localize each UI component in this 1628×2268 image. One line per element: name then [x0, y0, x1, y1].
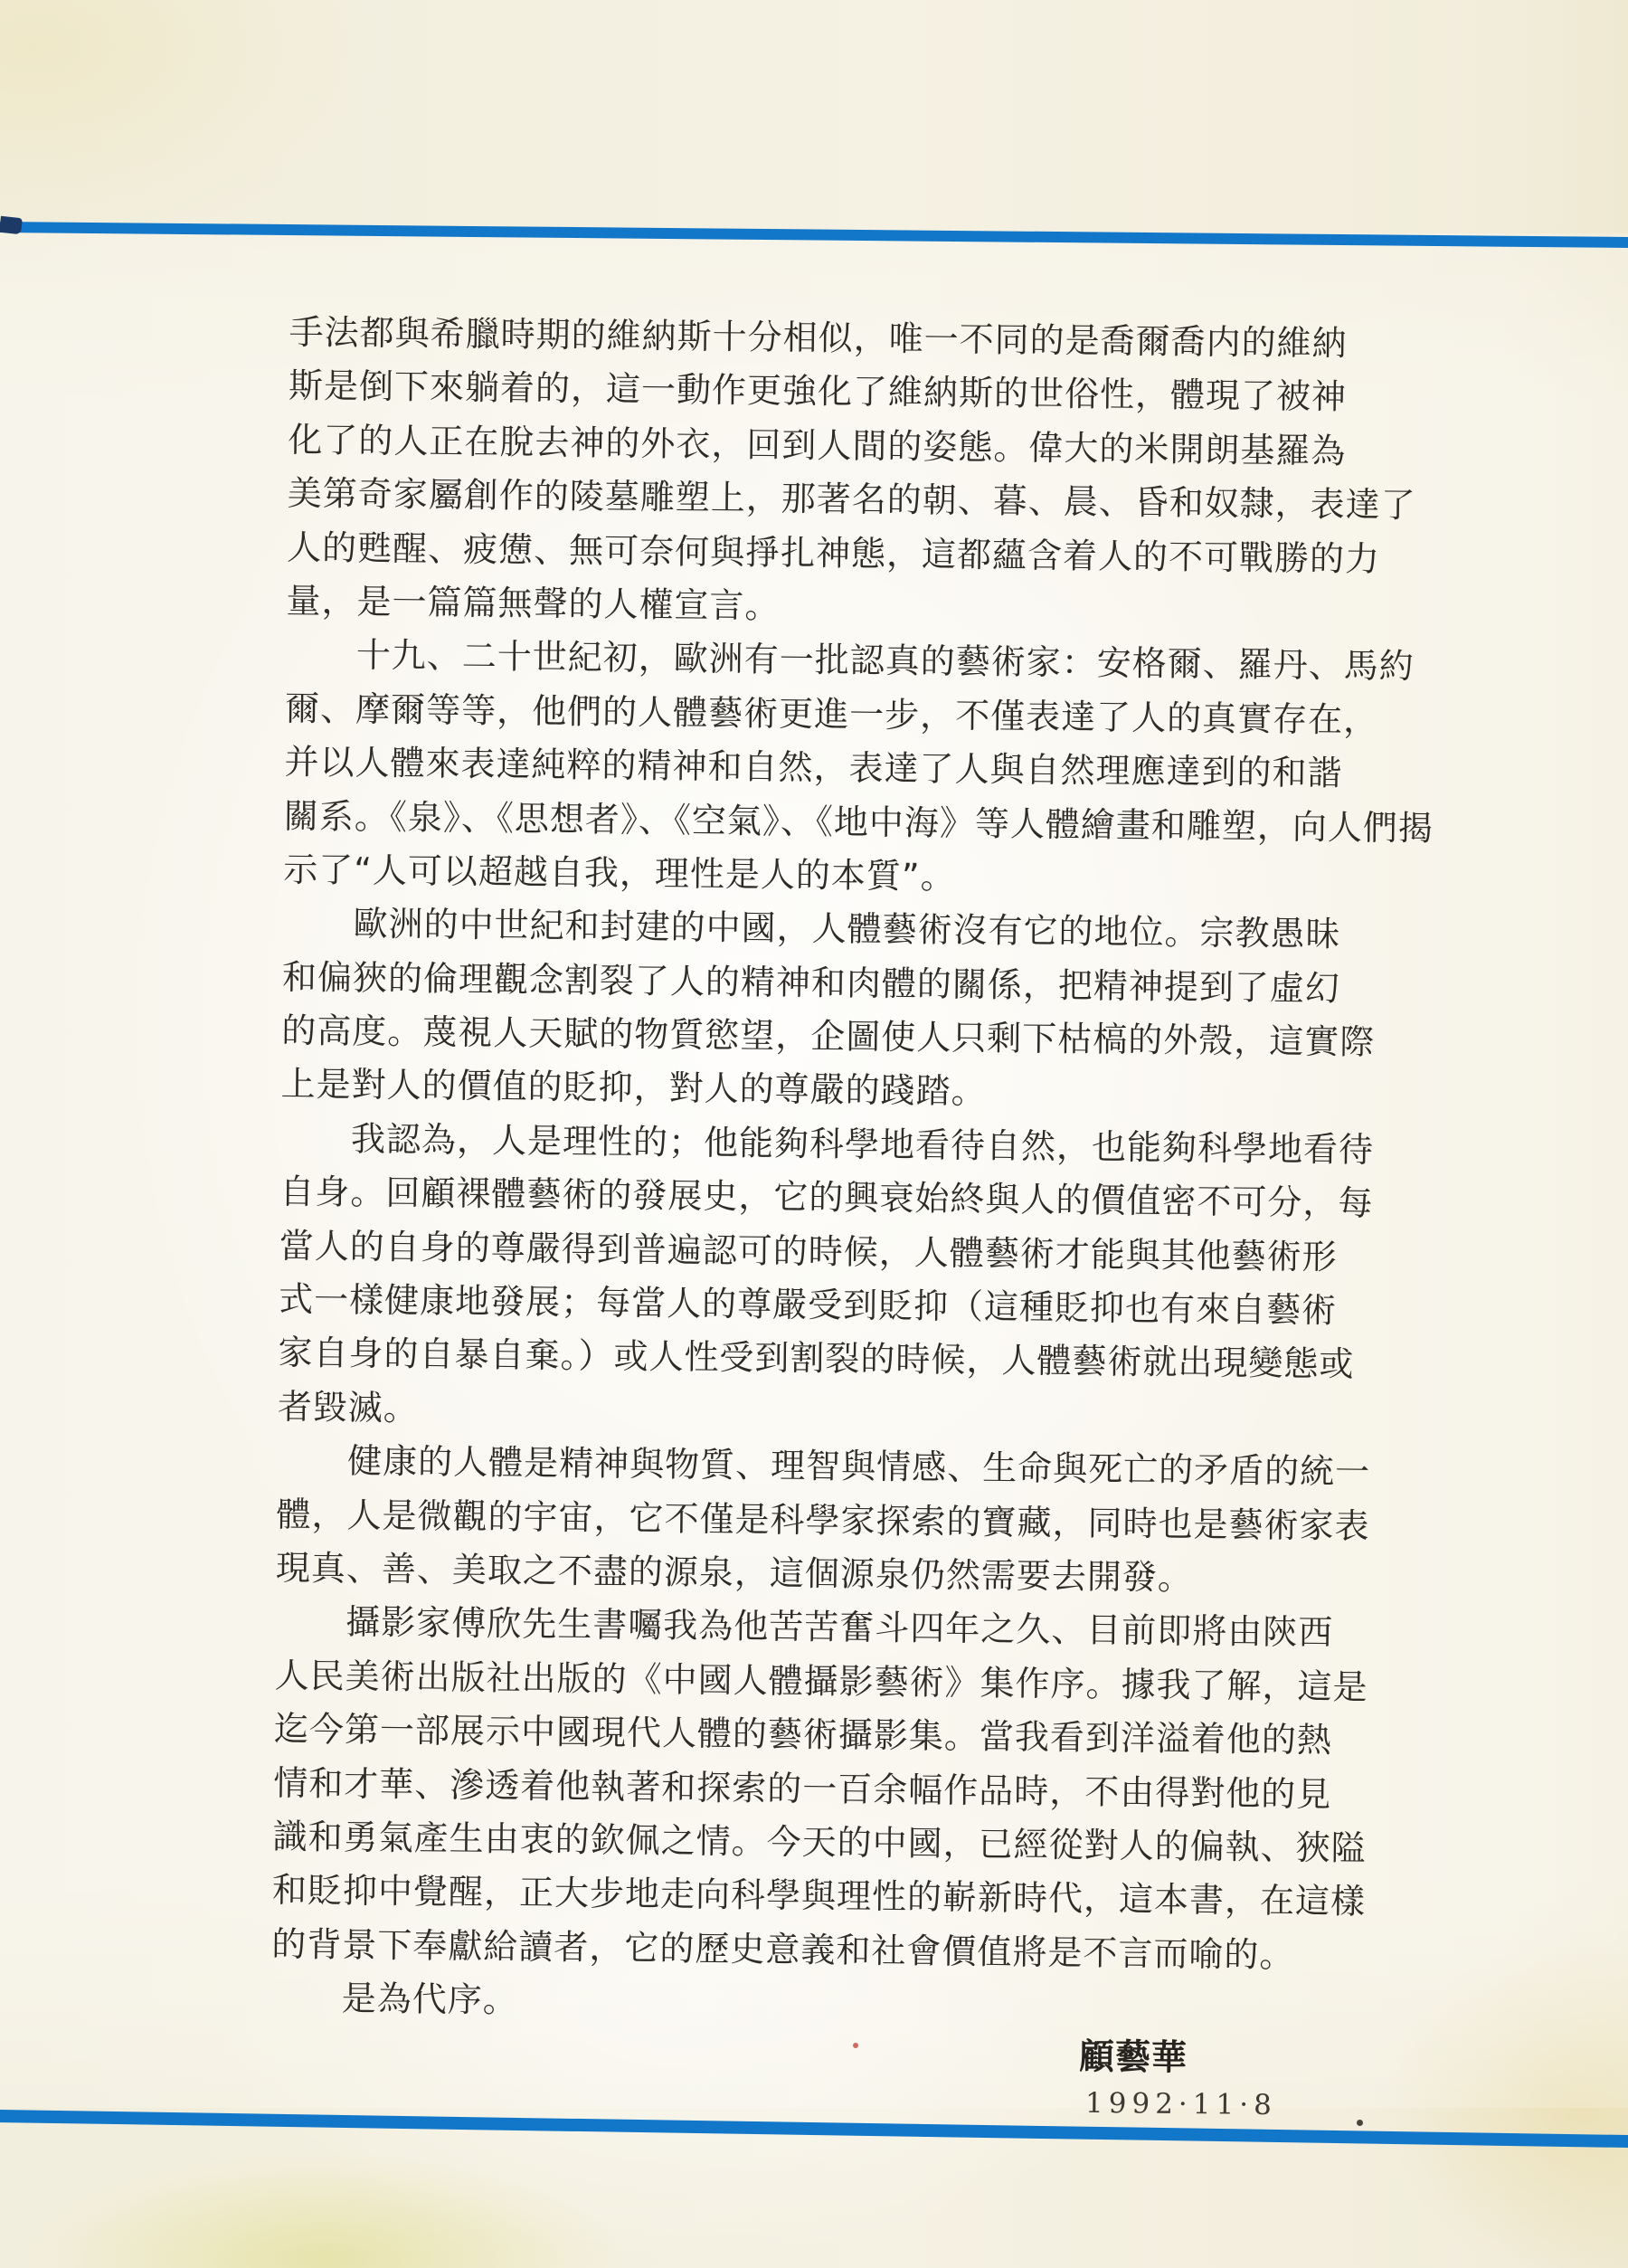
paper-speck — [853, 2043, 858, 2048]
top-divider-bar — [0, 222, 1628, 248]
signature-date: 1992·11·8 — [1085, 2087, 1277, 2121]
bottom-divider-bar — [0, 2110, 1628, 2148]
preface-text-block: 手法都與希臘時期的維納斯十分相似，唯一不同的是喬爾喬内的維納斯是倒下來躺着的，這… — [270, 306, 1365, 2036]
left-edge-mark — [0, 216, 23, 234]
author-signature: 顧藝華 — [1079, 2028, 1188, 2080]
scanned-page: 手法都與希臘時期的維納斯十分相似，唯一不同的是喬爾喬内的維納斯是倒下來躺着的，這… — [0, 0, 1628, 2268]
paper-speck — [1357, 2120, 1363, 2126]
